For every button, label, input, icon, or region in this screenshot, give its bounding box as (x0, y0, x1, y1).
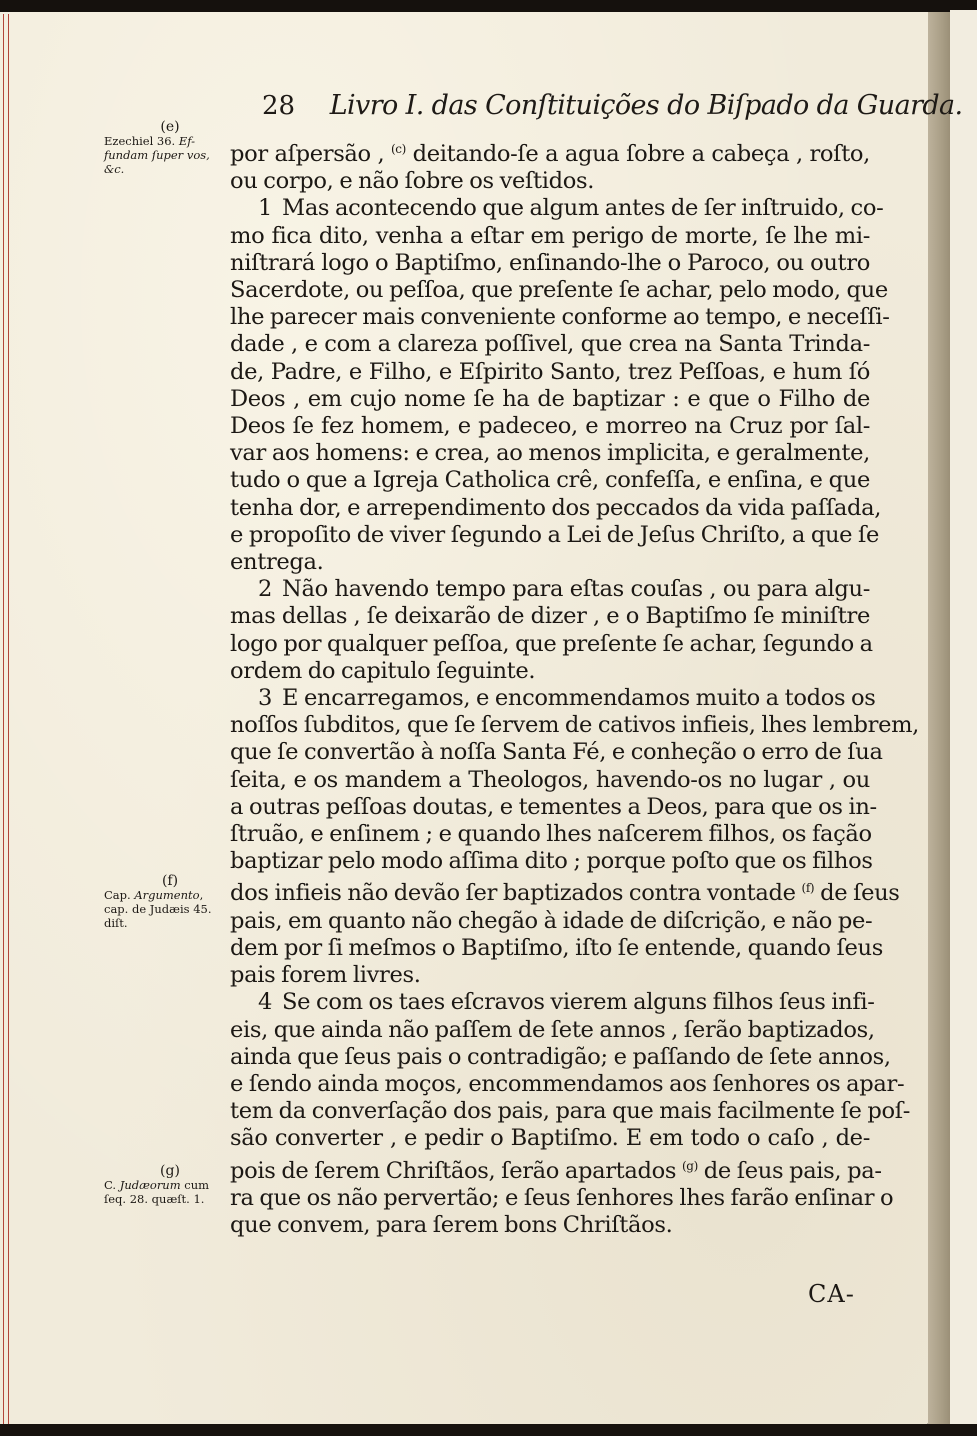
line-text: ou corpo, e não ſobre os veſtidos. (230, 168, 594, 194)
text-line: que convem, para ſerem bons Chriſtãos. (230, 1212, 870, 1239)
text-line: Deos ſe fez homem, e padeceo, e morreo n… (230, 413, 870, 440)
footnote-reference: (g) (682, 1159, 698, 1173)
text-line: tem da converſação dos pais, para que ma… (230, 1098, 870, 1125)
line-text: ſtruão, e enſinem ; e quando lhes naſcer… (230, 821, 872, 847)
line-text: var aos homens: e crea, ao menos implici… (230, 440, 870, 466)
line-text: dem por ſi meſmos o Baptiſmo, iſto ſe en… (230, 935, 883, 961)
text-line: eis, que ainda não paſſem de ſete annos … (230, 1017, 870, 1044)
page-number: 28 (262, 91, 295, 121)
paragraph-number: 2 (258, 576, 272, 602)
text-line: ſeita, e os mandem a Theologos, havendo-… (230, 767, 870, 794)
text-line: pais forem livres. (230, 962, 870, 989)
line-text: Deos ſe fez homem, e padeceo, e morreo n… (230, 413, 870, 439)
text-line: pois de ſerem Chriſtãos, ſerão apartados… (230, 1153, 870, 1185)
text-line: são converter , e pedir o Baptiſmo. E em… (230, 1125, 870, 1152)
text-line: var aos homens: e crea, ao menos implici… (230, 440, 870, 467)
line-text: pais, em quanto não chegão à idade de di… (230, 908, 872, 934)
text-line: tudo o que a Igreja Catholica crê, confe… (230, 467, 870, 494)
text-line: ainda que ſeus pais o contradigão; e paſ… (230, 1044, 870, 1071)
text-line: dem por ſi meſmos o Baptiſmo, iſto ſe en… (230, 935, 870, 962)
line-text: Não havendo tempo para eſtas couſas , ou… (282, 576, 870, 602)
paragraph-number: 1 (258, 195, 272, 221)
text-line: que ſe convertão à noſſa Santa Fé, e con… (230, 739, 870, 766)
text-line: lhe parecer mais conveniente conforme ao… (230, 304, 870, 331)
line-text: noſſos ſubditos, que ſe ſervem de cativo… (230, 712, 919, 738)
text-line: ſtruão, e enſinem ; e quando lhes naſcer… (230, 821, 870, 848)
text-line: de, Padre, e Filho, e Eſpirito Santo, tr… (230, 359, 870, 386)
text-line: 1Mas acontecendo que algum antes de ſer … (230, 195, 870, 222)
text-line: ou corpo, e não ſobre os veſtidos. (230, 168, 870, 195)
footnote-reference: (c) (391, 142, 406, 156)
margin-note-line: Cap. Argumento, (104, 888, 232, 902)
line-text: de ſeus (814, 880, 899, 906)
line-text: deitando-ſe a agua ſobre a cabeça , roſt… (406, 141, 870, 167)
text-line: ordem do capitulo ſeguinte. (230, 658, 870, 685)
text-line: por aſpersão , (c) deitando-ſe a agua ſo… (230, 136, 870, 168)
margin-note-line: fundam ſuper vos, (104, 148, 232, 162)
paragraph-number: 3 (258, 685, 272, 711)
running-head: 28 Livro I. das Conſtituições do Biſpado… (262, 90, 882, 121)
margin-note-line: Ezechiel 36. Ef- (104, 134, 232, 148)
line-text: e propoſito de viver ſegundo a Lei de Je… (230, 522, 879, 548)
text-line: 2Não havendo tempo para eſtas couſas , o… (230, 576, 870, 603)
line-text: ra que os não pervertão; e ſeus ſenhores… (230, 1185, 893, 1211)
line-text: niſtrará logo o Baptiſmo, enſinando-lhe … (230, 250, 870, 276)
catchword: CA- (808, 1280, 855, 1308)
line-text: tenha dor, e arrependimento dos peccados… (230, 495, 881, 521)
line-text: mas dellas , ſe deixarão de dizer , e o … (230, 603, 870, 629)
text-line: 4Se com os taes eſcravos vierem alguns f… (230, 989, 870, 1016)
book-gutter-shadow (928, 12, 952, 1426)
line-text: eis, que ainda não paſſem de ſete annos … (230, 1017, 875, 1043)
margin-note-line: C. Judæorum cum (104, 1178, 232, 1192)
margin-note-label: (g) (104, 1164, 232, 1178)
line-text: pais forem livres. (230, 962, 421, 988)
page-red-edge (3, 14, 9, 1424)
line-text: de ſeus pais, pa- (698, 1158, 882, 1184)
margin-note-line: diſt. (104, 916, 232, 930)
main-text-block: por aſpersão , (c) deitando-ſe a agua ſo… (230, 136, 870, 1239)
line-text: logo por qualquer peſſoa, que preſente ſ… (230, 631, 873, 657)
text-line: pais, em quanto não chegão à idade de di… (230, 908, 870, 935)
text-line: niſtrará logo o Baptiſmo, enſinando-lhe … (230, 250, 870, 277)
line-text: mo fica dito, venha a eſtar em perigo de… (230, 223, 870, 249)
margin-note-line: &c. (104, 162, 232, 176)
line-text: tudo o que a Igreja Catholica crê, confe… (230, 467, 870, 493)
margin-note-e: (e)Ezechiel 36. Ef-fundam ſuper vos,&c. (104, 120, 232, 176)
line-text: e ſendo ainda moços, encommendamos aos ſ… (230, 1071, 904, 1097)
line-text: ordem do capitulo ſeguinte. (230, 658, 535, 684)
margin-note-label: (f) (104, 874, 232, 888)
line-text: entrega. (230, 549, 324, 575)
text-line: baptizar pelo modo aſſima dito ; porque … (230, 848, 870, 875)
line-text: baptizar pelo modo aſſima dito ; porque … (230, 848, 873, 874)
line-text: Mas acontecendo que algum antes de ſer i… (282, 195, 883, 221)
line-text: ainda que ſeus pais o contradigão; e paſ… (230, 1044, 891, 1070)
line-text: por aſpersão , (230, 141, 391, 167)
margin-note-label: (e) (104, 120, 232, 134)
text-line: tenha dor, e arrependimento dos peccados… (230, 495, 870, 522)
text-line: mo fica dito, venha a eſtar em perigo de… (230, 223, 870, 250)
margin-note-line: cap. de Judæis 45. (104, 902, 232, 916)
footnote-reference: (f) (802, 881, 815, 895)
margin-note-g: (g)C. Judæorum cumſeq. 28. quæſt. 1. (104, 1164, 232, 1206)
line-text: dos infieis não devão ſer baptizados con… (230, 880, 802, 906)
facing-page-edge (950, 10, 977, 1426)
text-line: a outras peſſoas doutas, e tementes a De… (230, 794, 870, 821)
text-line: entrega. (230, 549, 870, 576)
running-title: Livro I. das Conſtituições do Biſpado da… (330, 90, 963, 121)
text-line: dos infieis não devão ſer baptizados con… (230, 875, 870, 907)
bottom-background-shadow (0, 1424, 977, 1436)
line-text: tem da converſação dos pais, para que ma… (230, 1098, 910, 1124)
line-text: Deos , em cujo nome ſe ha de baptizar : … (230, 386, 870, 412)
text-line: dade , e com a clareza poſſivel, que cre… (230, 331, 870, 358)
line-text: lhe parecer mais conveniente conforme ao… (230, 304, 890, 330)
text-line: Deos , em cujo nome ſe ha de baptizar : … (230, 386, 870, 413)
text-line: ra que os não pervertão; e ſeus ſenhores… (230, 1185, 870, 1212)
margin-note-f: (f)Cap. Argumento,cap. de Judæis 45.diſt… (104, 874, 232, 930)
line-text: que convem, para ſerem bons Chriſtãos. (230, 1212, 672, 1238)
text-line: e propoſito de viver ſegundo a Lei de Je… (230, 522, 870, 549)
line-text: E encarregamos, e encommendamos muito a … (282, 685, 876, 711)
paragraph-number: 4 (258, 989, 272, 1015)
line-text: pois de ſerem Chriſtãos, ſerão apartados (230, 1158, 682, 1184)
text-line: Sacerdote, ou peſſoa, que preſente ſe ac… (230, 277, 870, 304)
line-text: de, Padre, e Filho, e Eſpirito Santo, tr… (230, 359, 870, 385)
text-line: noſſos ſubditos, que ſe ſervem de cativo… (230, 712, 870, 739)
line-text: que ſe convertão à noſſa Santa Fé, e con… (230, 739, 883, 765)
top-background-shadow (0, 0, 977, 12)
line-text: são converter , e pedir o Baptiſmo. E em… (230, 1125, 870, 1151)
text-line: 3E encarregamos, e encommendamos muito a… (230, 685, 870, 712)
text-line: e ſendo ainda moços, encommendamos aos ſ… (230, 1071, 870, 1098)
text-line: mas dellas , ſe deixarão de dizer , e o … (230, 603, 870, 630)
line-text: Sacerdote, ou peſſoa, que preſente ſe ac… (230, 277, 888, 303)
line-text: Se com os taes eſcravos vierem alguns fi… (282, 989, 875, 1015)
line-text: dade , e com a clareza poſſivel, que cre… (230, 331, 870, 357)
line-text: a outras peſſoas doutas, e tementes a De… (230, 794, 877, 820)
margin-note-line: ſeq. 28. quæſt. 1. (104, 1192, 232, 1206)
text-line: logo por qualquer peſſoa, que preſente ſ… (230, 631, 870, 658)
line-text: ſeita, e os mandem a Theologos, havendo-… (230, 767, 870, 793)
